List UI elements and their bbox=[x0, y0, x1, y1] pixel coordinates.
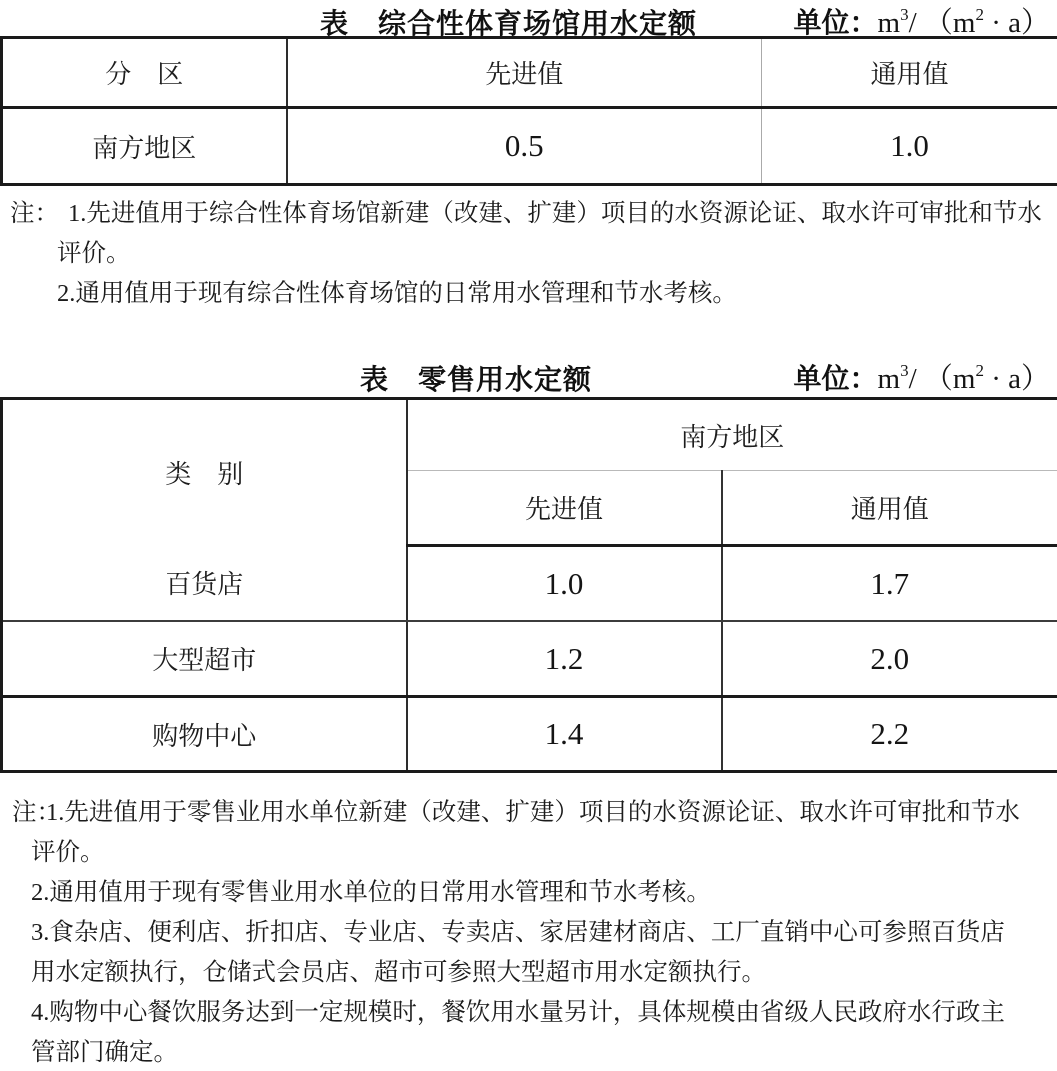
table2-cell-general: 2.0 bbox=[722, 621, 1057, 697]
superscript-2: 2 bbox=[975, 361, 984, 380]
table2-header-region-group: 南方地区 bbox=[407, 399, 1057, 471]
table1-unit: 单位：m3/ （m2 · a） bbox=[794, 0, 1050, 41]
table2-header-general: 通用值 bbox=[722, 471, 1057, 546]
table1-sports-venue-quota: 分 区 先进值 通用值 南方地区 0.5 1.0 bbox=[0, 36, 1057, 186]
note-item: 3.食杂店、便利店、折扣店、专业店、专卖店、家居建材商店、工厂直销中心可参照百货… bbox=[31, 913, 1057, 993]
table-row: 大型超市 1.2 2.0 bbox=[2, 621, 1057, 697]
table2-header-row-1: 类 别 南方地区 bbox=[2, 399, 1057, 471]
table2-cell-advanced: 1.0 bbox=[407, 546, 722, 622]
table1-header-row: 分 区 先进值 通用值 bbox=[2, 38, 1057, 108]
table2-caption-row: 表 零售用水定额 单位：m3/ （m2 · a） bbox=[0, 356, 1057, 392]
table2-cell-advanced: 1.4 bbox=[407, 697, 722, 772]
table1-cell-general: 1.0 bbox=[762, 108, 1057, 185]
table2-header-category: 类 别 bbox=[2, 399, 407, 546]
table2-header-advanced: 先进值 bbox=[407, 471, 722, 546]
document-page: 表 综合性体育场馆用水定额 单位：m3/ （m2 · a） 分 区 先进值 通用… bbox=[0, 0, 1057, 1071]
table2-cell-advanced: 1.2 bbox=[407, 621, 722, 697]
note-item: 2.通用值用于现有综合性体育场馆的日常用水管理和节水考核。 bbox=[57, 274, 1057, 314]
table2-title: 表 零售用水定额 bbox=[360, 358, 592, 398]
superscript-3: 3 bbox=[900, 5, 909, 24]
table1-header-advanced: 先进值 bbox=[287, 38, 762, 108]
table2-unit-value: m3/ （m2 · a） bbox=[878, 363, 1050, 395]
superscript-3: 3 bbox=[900, 361, 909, 380]
table1-notes: 注： 1.先进值用于综合性体育场馆新建（改建、扩建）项目的水资源论证、取水许可审… bbox=[0, 194, 1057, 314]
table1-notes-label: 注： bbox=[10, 194, 59, 234]
table1-caption-row: 表 综合性体育场馆用水定额 单位：m3/ （m2 · a） bbox=[0, 0, 1057, 36]
table2-notes: 注： 1.先进值用于零售业用水单位新建（改建、扩建）项目的水资源论证、取水许可审… bbox=[0, 793, 1057, 1071]
table2-unit-label: 单位： bbox=[794, 363, 878, 394]
table2-cell-category: 百货店 bbox=[2, 546, 407, 622]
table2-unit: 单位：m3/ （m2 · a） bbox=[794, 356, 1050, 397]
note-item: 2.通用值用于现有零售业用水单位的日常用水管理和节水考核。 bbox=[31, 873, 1057, 913]
table1-cell-region: 南方地区 bbox=[2, 108, 287, 185]
table2-cell-general: 1.7 bbox=[722, 546, 1057, 622]
table1-unit-value: m3/ （m2 · a） bbox=[878, 7, 1050, 39]
superscript-2: 2 bbox=[975, 5, 984, 24]
note-item: 4.购物中心餐饮服务达到一定规模时，餐饮用水量另计，具体规模由省级人民政府水行政… bbox=[31, 993, 1057, 1071]
table1-header-general: 通用值 bbox=[762, 38, 1057, 108]
table-row: 百货店 1.0 1.7 bbox=[2, 546, 1057, 622]
table2-cell-category: 购物中心 bbox=[2, 697, 407, 772]
table2-retail-quota: 类 别 南方地区 先进值 通用值 百货店 1.0 1.7 大型超市 1.2 2.… bbox=[0, 397, 1057, 773]
table1-cell-advanced: 0.5 bbox=[287, 108, 762, 185]
table2-cell-category: 大型超市 bbox=[2, 621, 407, 697]
note-item: 1.先进值用于零售业用水单位新建（改建、扩建）项目的水资源论证、取水许可审批和节… bbox=[31, 793, 1057, 873]
note-item: 1.先进值用于综合性体育场馆新建（改建、扩建）项目的水资源论证、取水许可审批和节… bbox=[57, 194, 1057, 274]
table1-header-region: 分 区 bbox=[2, 38, 287, 108]
table-row: 购物中心 1.4 2.2 bbox=[2, 697, 1057, 772]
table2-cell-general: 2.2 bbox=[722, 697, 1057, 772]
table1-unit-label: 单位： bbox=[794, 7, 878, 38]
table2-notes-label: 注： bbox=[12, 793, 61, 833]
table-row: 南方地区 0.5 1.0 bbox=[2, 108, 1057, 185]
